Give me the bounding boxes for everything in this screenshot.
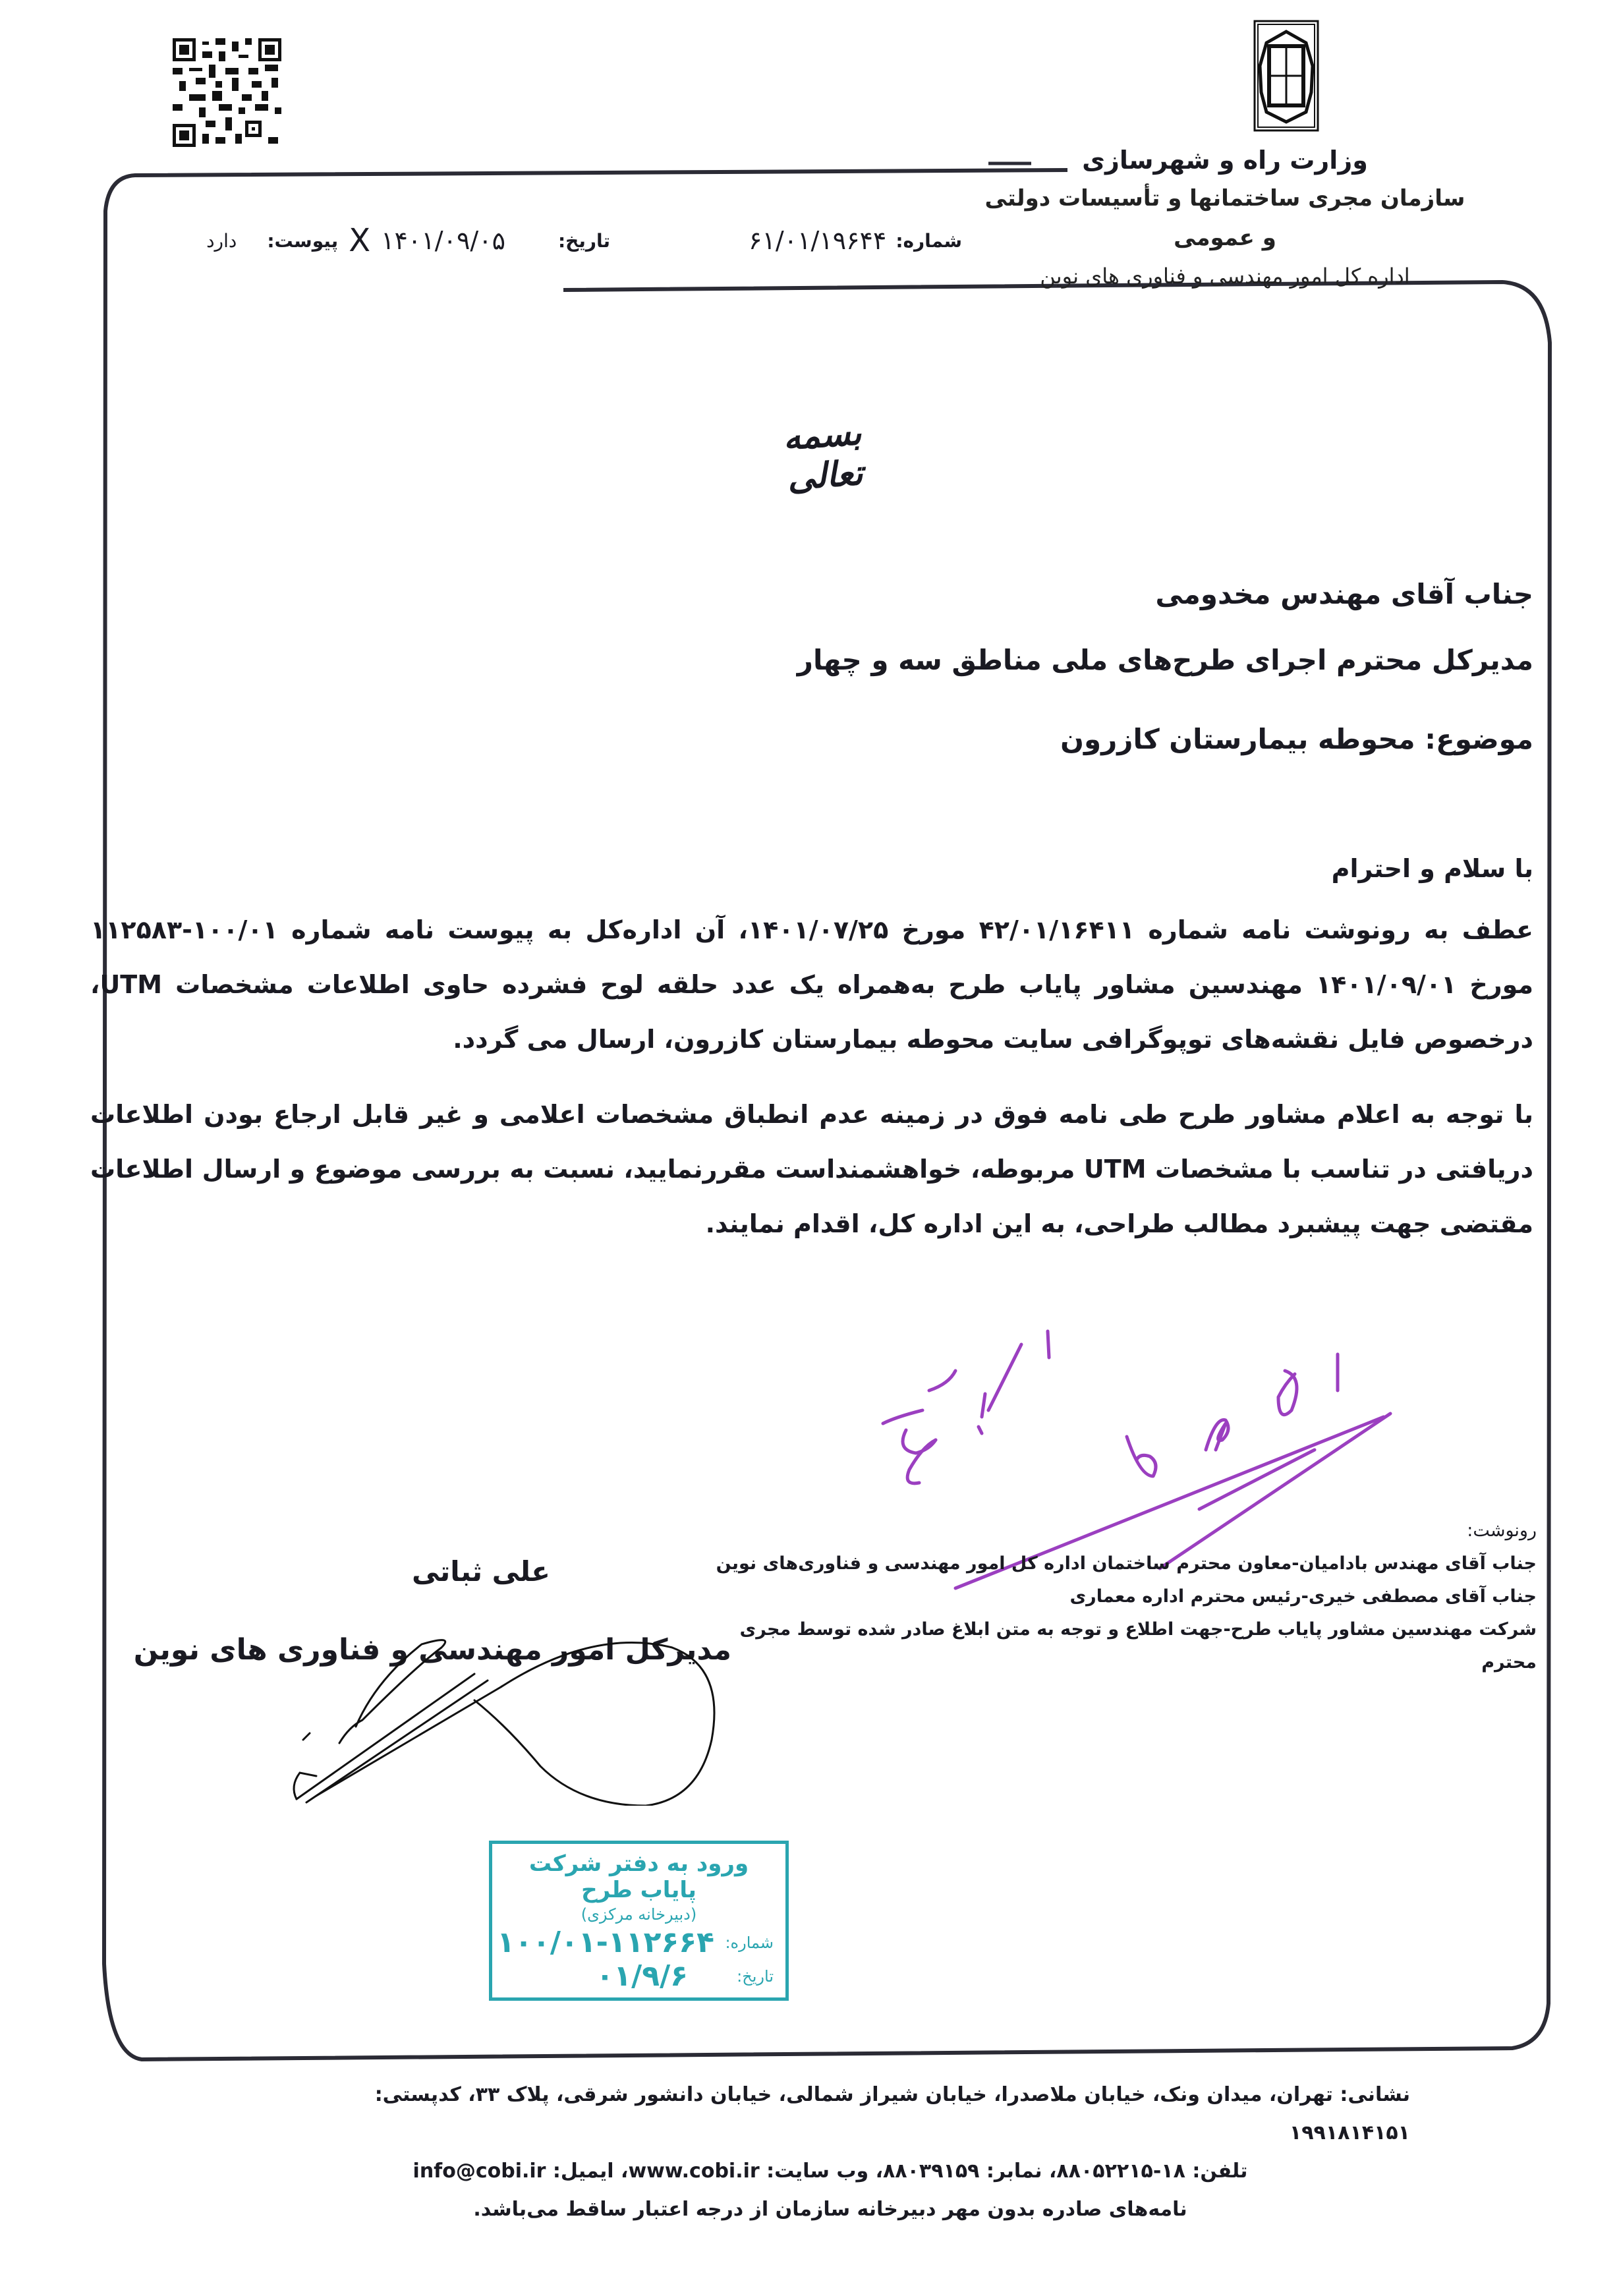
body-paragraph-2: با توجه به اعلام مشاور طرح طی نامه فوق د… (90, 1087, 1533, 1251)
ministry-emblem-icon (1253, 20, 1319, 132)
cc-title: رونوشت: (706, 1514, 1537, 1547)
stamp-number-value: ۱۰۰/۰۱-۱۱۲۶۶۴ (497, 1926, 714, 1959)
footer: نشانی: تهران، میدان ونک، خیابان ملاصدرا،… (250, 2076, 1410, 2229)
department-name: اداره کل امور مهندسی و فناوری های نوین (975, 258, 1475, 295)
attachment-label: پیوست: (267, 230, 338, 252)
recipient-title: مدیرکل محترم اجرای طرح‌های ملی مناطق سه … (281, 641, 1533, 680)
attachment-check-mark: X (349, 222, 370, 259)
letter-subject: موضوع: محوطه بیمارستان کازرون (281, 720, 1533, 759)
stamp-number-row: شماره: ۱۰۰/۰۱-۱۱۲۶۶۴ (504, 1926, 774, 1959)
organization-name: سازمان مجری ساختمانها و تأسیسات دولتی و … (975, 179, 1475, 258)
body-paragraph-1: عطف به رونوشت نامه شماره ۴۲/۰۱/۱۶۴۱۱ مور… (90, 903, 1533, 1067)
qr-code-icon (173, 38, 281, 147)
cc-item: جناب آقای مصطفی خیری-رئیس محترم اداره مع… (706, 1580, 1537, 1613)
handwritten-signature (277, 1608, 751, 1806)
stamp-date-label: تاریخ: (727, 1967, 774, 1986)
stamp-number-label: شماره: (727, 1934, 774, 1952)
footer-notice: نامه‌های صادره بدون مهر دبیرخانه سازمان … (250, 2191, 1410, 2229)
attachment-value: دارد (206, 230, 237, 252)
footer-contact: تلفن: ۱۸-۸۸۰۵۲۲۱۵، نمابر: ۸۸۰۳۹۱۵۹، وب س… (250, 2152, 1410, 2191)
recipient-name: جناب آقای مهندس مخدومی (281, 575, 1533, 614)
cc-list: رونوشت: جناب آقای مهندس بادامیان-معاون م… (706, 1514, 1537, 1679)
ministry-name: وزارت راه و شهرسازی (975, 142, 1475, 179)
cc-item: شرکت مهندسین مشاور پایاب طرح-جهت اطلاع و… (706, 1613, 1537, 1679)
number-label: شماره: (895, 230, 962, 252)
stamp-date-row: تاریخ: ۰۱/۹/۶ (504, 1959, 774, 1993)
bismillah-heading: بسمه تعالی (762, 411, 886, 500)
letter-meta: شماره: ۶۱/۰۱/۱۹۶۴۴ تاریخ: ۱۴۰۱/۰۹/۰۵ X پ… (132, 221, 962, 260)
signer-name: علی ثباتی (376, 1555, 586, 1588)
incoming-stamp: ورود به دفتر شرکت پایاب طرح (دبیرخانه مر… (489, 1841, 789, 2001)
stamp-date-value: ۰۱/۹/۶ (596, 1959, 688, 1993)
greeting: با سلام و احترام (1332, 850, 1533, 887)
cc-item: جناب آقای مهندس بادامیان-معاون محترم ساخ… (706, 1547, 1537, 1580)
letterhead: وزارت راه و شهرسازی سازمان مجری ساختمانه… (975, 142, 1475, 295)
letter-date: ۱۴۰۱/۰۹/۰۵ (381, 226, 505, 255)
stamp-subtitle: (دبیرخانه مرکزی) (504, 1903, 774, 1926)
letter-number: ۶۱/۰۱/۱۹۶۴۴ (749, 226, 886, 255)
footer-address: نشانی: تهران، میدان ونک، خیابان ملاصدرا،… (250, 2076, 1410, 2152)
stamp-title: ورود به دفتر شرکت پایاب طرح (504, 1851, 774, 1903)
date-label: تاریخ: (558, 230, 610, 252)
